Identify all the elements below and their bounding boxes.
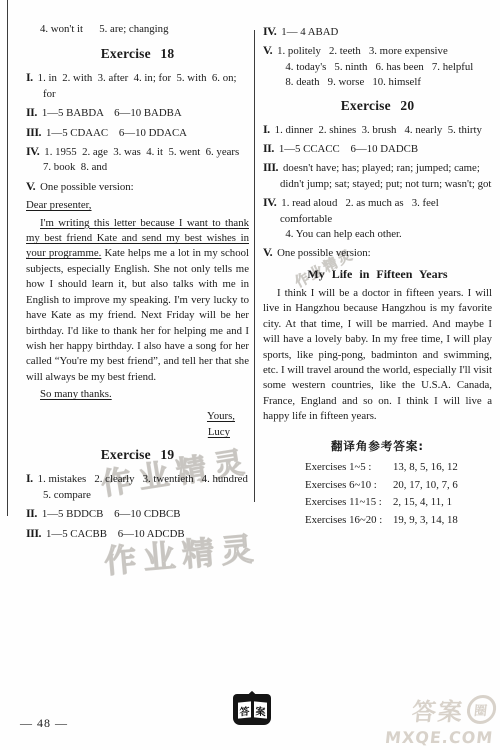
carryover-answer-line: 4. won't it 5. are; changing: [26, 22, 249, 37]
answer-text: 1— 4 ABAD: [281, 26, 338, 38]
answer-item: I.1. mistakes 2. clearly 3. twentieth 4.…: [26, 471, 249, 503]
answer-text: 1—5 BDDCB 6—10 CDBCB: [42, 508, 181, 520]
answer-item: II.1—5 BDDCB 6—10 CDBCB: [26, 506, 249, 522]
section-numeral: IV.: [26, 144, 44, 158]
answer-text: 1. 1955 2. age 3. was 4. it 5. went 6. y…: [43, 146, 239, 173]
translation-row-label: Exercises 11~15 :: [305, 494, 393, 512]
answer-item: I.1. in 2. with 3. after 4. in; for 5. w…: [26, 70, 249, 102]
scanned-answer-key-page: 作业精灵 作业精灵 作业精灵 4. won't it 5. are; chang…: [0, 0, 500, 750]
section-numeral: II.: [26, 105, 42, 119]
right-column: IV.1— 4 ABAD V.1. politely 2. teeth 3. m…: [263, 24, 492, 529]
essay-title: My Life in Fifteen Years: [263, 266, 492, 283]
section-numeral: IV.: [263, 24, 281, 38]
letter-closing: So many thanks.: [26, 387, 249, 402]
answer-item: I.1. dinner 2. shines 3. brush 4. nearly…: [263, 122, 492, 138]
section-numeral: III.: [26, 125, 46, 139]
section-numeral: I.: [26, 471, 38, 485]
answer-item: III.doesn't have; has; played; ran; jump…: [263, 160, 492, 192]
translation-row: Exercises 16~20 :19, 9, 3, 14, 18: [305, 512, 492, 530]
answer-text: One possible version:: [277, 247, 371, 259]
answer-item: II.1—5 CCACC 6—10 DADCB: [263, 141, 492, 157]
page-edge-line: [7, 0, 8, 516]
answer-text: 1. in 2. with 3. after 4. in; for 5. wit…: [38, 72, 240, 99]
letter-signoff-yours: Yours,: [26, 409, 249, 424]
answer-text: 1—5 CCACC 6—10 DADCB: [279, 143, 418, 155]
translation-answers-heading: 翻译角参考答案:: [263, 439, 492, 454]
letter-body-rest: Kate helps me a lot in my school subject…: [26, 247, 249, 382]
answer-item: IV.1. read aloud 2. as much as 3. feel c…: [263, 195, 492, 242]
book-page-right-char: 案: [254, 701, 267, 718]
translation-row: Exercises 1~5 :13, 8, 5, 16, 12: [305, 459, 492, 477]
brand-watermark-circle-icon: 圈: [466, 695, 498, 724]
brand-watermark-domain: MXQE.COM: [384, 728, 494, 747]
section-numeral: IV.: [263, 195, 281, 209]
translation-row-label: Exercises 6~10 :: [305, 477, 393, 495]
answer-text: One possible version:: [40, 181, 134, 193]
translation-row-values: 20, 17, 10, 7, 6: [393, 479, 458, 491]
answer-item: V.One possible version:: [263, 245, 492, 261]
answer-item: V.One possible version:: [26, 179, 249, 195]
answer-text: 1—5 CDAAC 6—10 DDACA: [46, 127, 187, 139]
exercise-18-title: Exercise 18: [26, 44, 249, 64]
section-numeral: V.: [263, 43, 277, 57]
book-page-left-char: 答: [238, 701, 251, 718]
answer-text: doesn't have; has; played; ran; jumped; …: [280, 162, 491, 189]
section-numeral: III.: [26, 526, 46, 540]
translation-row-values: 19, 9, 3, 14, 18: [393, 514, 458, 526]
translation-row: Exercises 6~10 :20, 17, 10, 7, 6: [305, 477, 492, 495]
answer-text: 1. mistakes 2. clearly 3. twentieth 4. h…: [38, 473, 248, 500]
answer-item: IV.1. 1955 2. age 3. was 4. it 5. went 6…: [26, 144, 249, 176]
answer-item: III.1—5 CDAAC 6—10 DDACA: [26, 125, 249, 141]
answer-text: 1. dinner 2. shines 3. brush 4. nearly 5…: [275, 124, 482, 136]
letter-body: I'm writing this letter because I want t…: [26, 216, 249, 385]
translation-row-label: Exercises 1~5 :: [305, 459, 393, 477]
section-numeral: I.: [263, 122, 275, 136]
exercise-19-title: Exercise 19: [26, 445, 249, 465]
translation-row-values: 2, 15, 4, 11, 1: [393, 496, 452, 508]
translation-row-label: Exercises 16~20 :: [305, 512, 393, 530]
essay-body: I think I will be a doctor in fifteen ye…: [263, 286, 492, 425]
answer-item: III.1—5 CACBB 6—10 ADCDB: [26, 526, 249, 542]
letter-salutation: Dear presenter,: [26, 198, 249, 213]
letter-signoff-name: Lucy: [26, 425, 249, 440]
answer-text: 1—5 BABDA 6—10 BADBA: [42, 107, 182, 119]
left-column: 4. won't it 5. are; changing Exercise 18…: [26, 22, 249, 545]
exercise-20-title: Exercise 20: [263, 96, 492, 116]
translation-row-values: 13, 8, 5, 16, 12: [393, 461, 458, 473]
translation-row: Exercises 11~15 :2, 15, 4, 11, 1: [305, 494, 492, 512]
answer-book-icon: 答 案: [233, 694, 271, 725]
column-divider-line: [254, 30, 255, 502]
section-numeral: II.: [263, 141, 279, 155]
brand-watermark: 答案 圈 MXQE.COM: [384, 692, 498, 747]
brand-watermark-logo: 答案 圈: [386, 692, 498, 727]
translation-answers-list: Exercises 1~5 :13, 8, 5, 16, 12 Exercise…: [305, 459, 492, 529]
section-numeral: V.: [26, 179, 40, 193]
page-number: — 48 —: [20, 716, 68, 731]
answer-text: 1. read aloud 2. as much as 3. feel comf…: [280, 197, 441, 240]
section-numeral: I.: [26, 70, 38, 84]
answer-item: V.1. politely 2. teeth 3. more expensive…: [263, 43, 492, 90]
answer-text: 1—5 CACBB 6—10 ADCDB: [46, 528, 185, 540]
section-numeral: III.: [263, 160, 283, 174]
section-numeral: II.: [26, 506, 42, 520]
brand-watermark-text: 答案: [410, 692, 466, 727]
section-numeral: V.: [263, 245, 277, 259]
answer-text: 1. politely 2. teeth 3. more expensive 4…: [277, 45, 473, 88]
answer-item: IV.1— 4 ABAD: [263, 24, 492, 40]
answer-item: II.1—5 BABDA 6—10 BADBA: [26, 105, 249, 121]
